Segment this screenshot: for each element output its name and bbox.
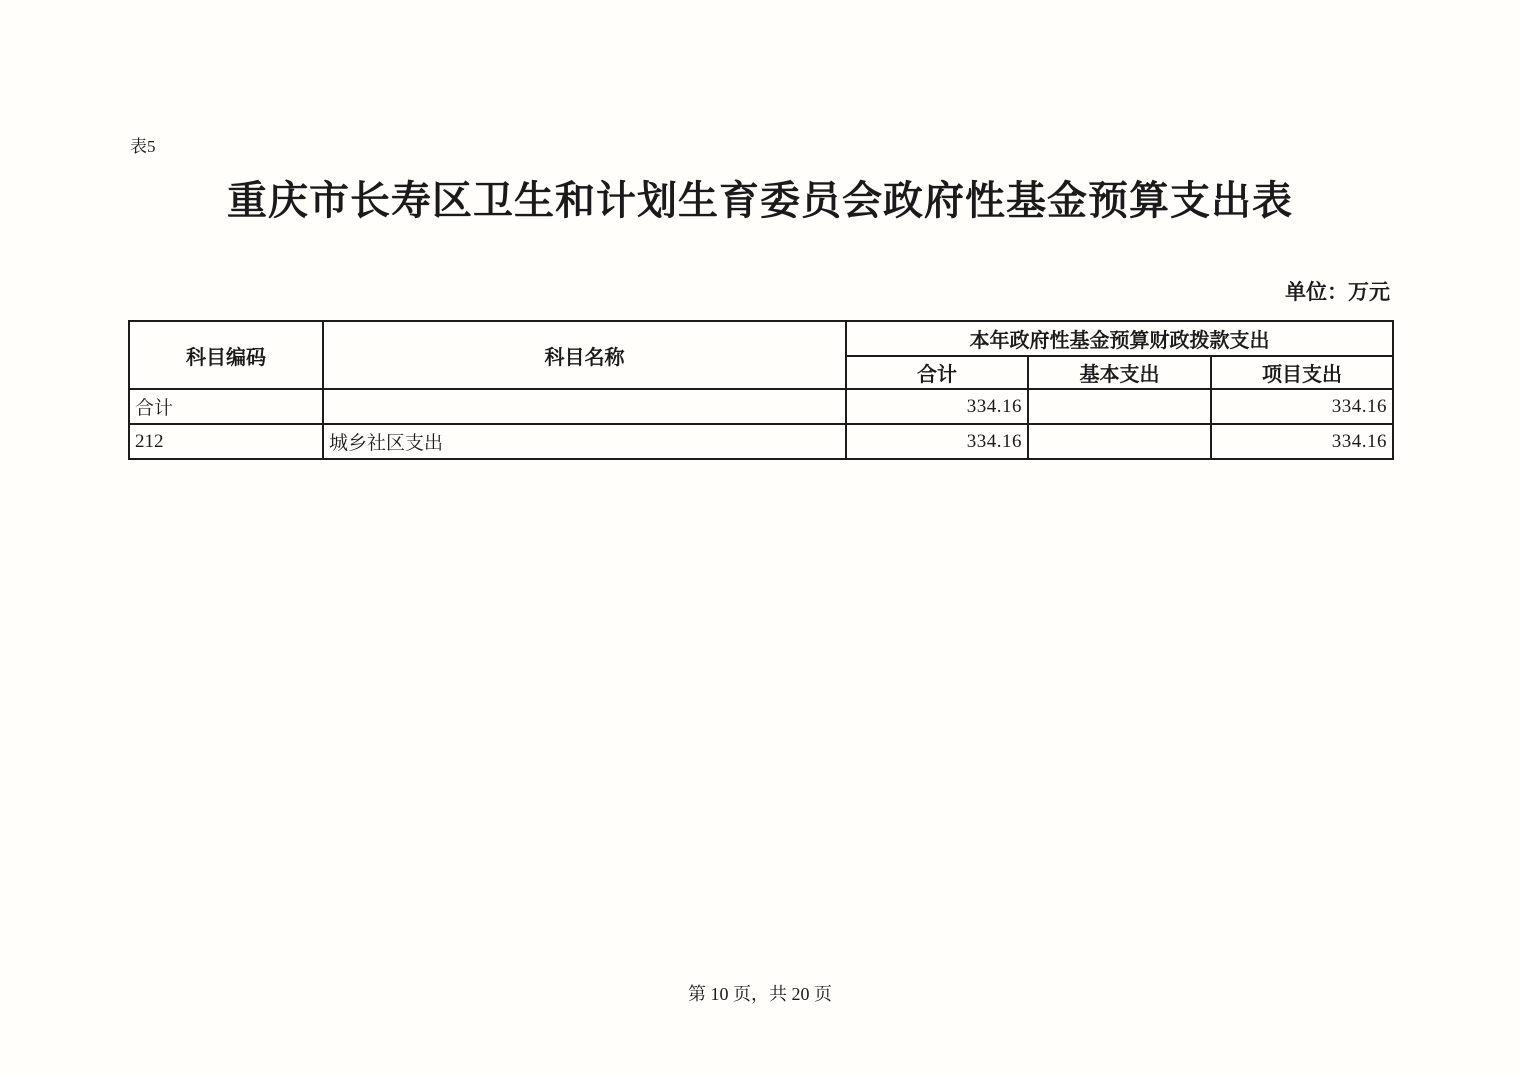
cell-basic <box>1028 389 1211 424</box>
page-title: 重庆市长寿区卫生和计划生育委员会政府性基金预算支出表 <box>0 178 1520 224</box>
cell-basic <box>1028 424 1211 459</box>
col-header-subject-code: 科目编码 <box>129 321 323 389</box>
col-header-project-expenditure: 项目支出 <box>1211 356 1393 389</box>
cell-project: 334.16 <box>1211 389 1393 424</box>
table-row-total: 合计 334.16 334.16 <box>129 389 1393 424</box>
col-header-total: 合计 <box>846 356 1028 389</box>
cell-subject-code: 合计 <box>129 389 323 424</box>
col-header-subject-name: 科目名称 <box>323 321 846 389</box>
unit-note: 单位：万元 <box>1285 279 1390 305</box>
table-number-label: 表5 <box>130 136 156 158</box>
table-row-212: 212 城乡社区支出 334.16 334.16 <box>129 424 1393 459</box>
cell-subject-name <box>323 389 846 424</box>
col-header-fund-budget-group: 本年政府性基金预算财政拨款支出 <box>846 321 1393 356</box>
cell-total: 334.16 <box>846 389 1028 424</box>
header-row-group: 科目编码 科目名称 本年政府性基金预算财政拨款支出 <box>129 321 1393 356</box>
cell-subject-name: 城乡社区支出 <box>323 424 846 459</box>
cell-project: 334.16 <box>1211 424 1393 459</box>
table-header: 科目编码 科目名称 本年政府性基金预算财政拨款支出 合计 基本支出 项目支出 <box>129 321 1393 389</box>
document-page: 表5 重庆市长寿区卫生和计划生育委员会政府性基金预算支出表 单位：万元 科目编码… <box>0 0 1520 1074</box>
cell-total: 334.16 <box>846 424 1028 459</box>
budget-table: 科目编码 科目名称 本年政府性基金预算财政拨款支出 合计 基本支出 项目支出 合… <box>128 320 1394 460</box>
col-header-basic-expenditure: 基本支出 <box>1028 356 1211 389</box>
table-body: 合计 334.16 334.16 212 城乡社区支出 334.16 334.1… <box>129 389 1393 459</box>
cell-subject-code: 212 <box>129 424 323 459</box>
page-number: 第 10 页，共 20 页 <box>0 982 1520 1006</box>
